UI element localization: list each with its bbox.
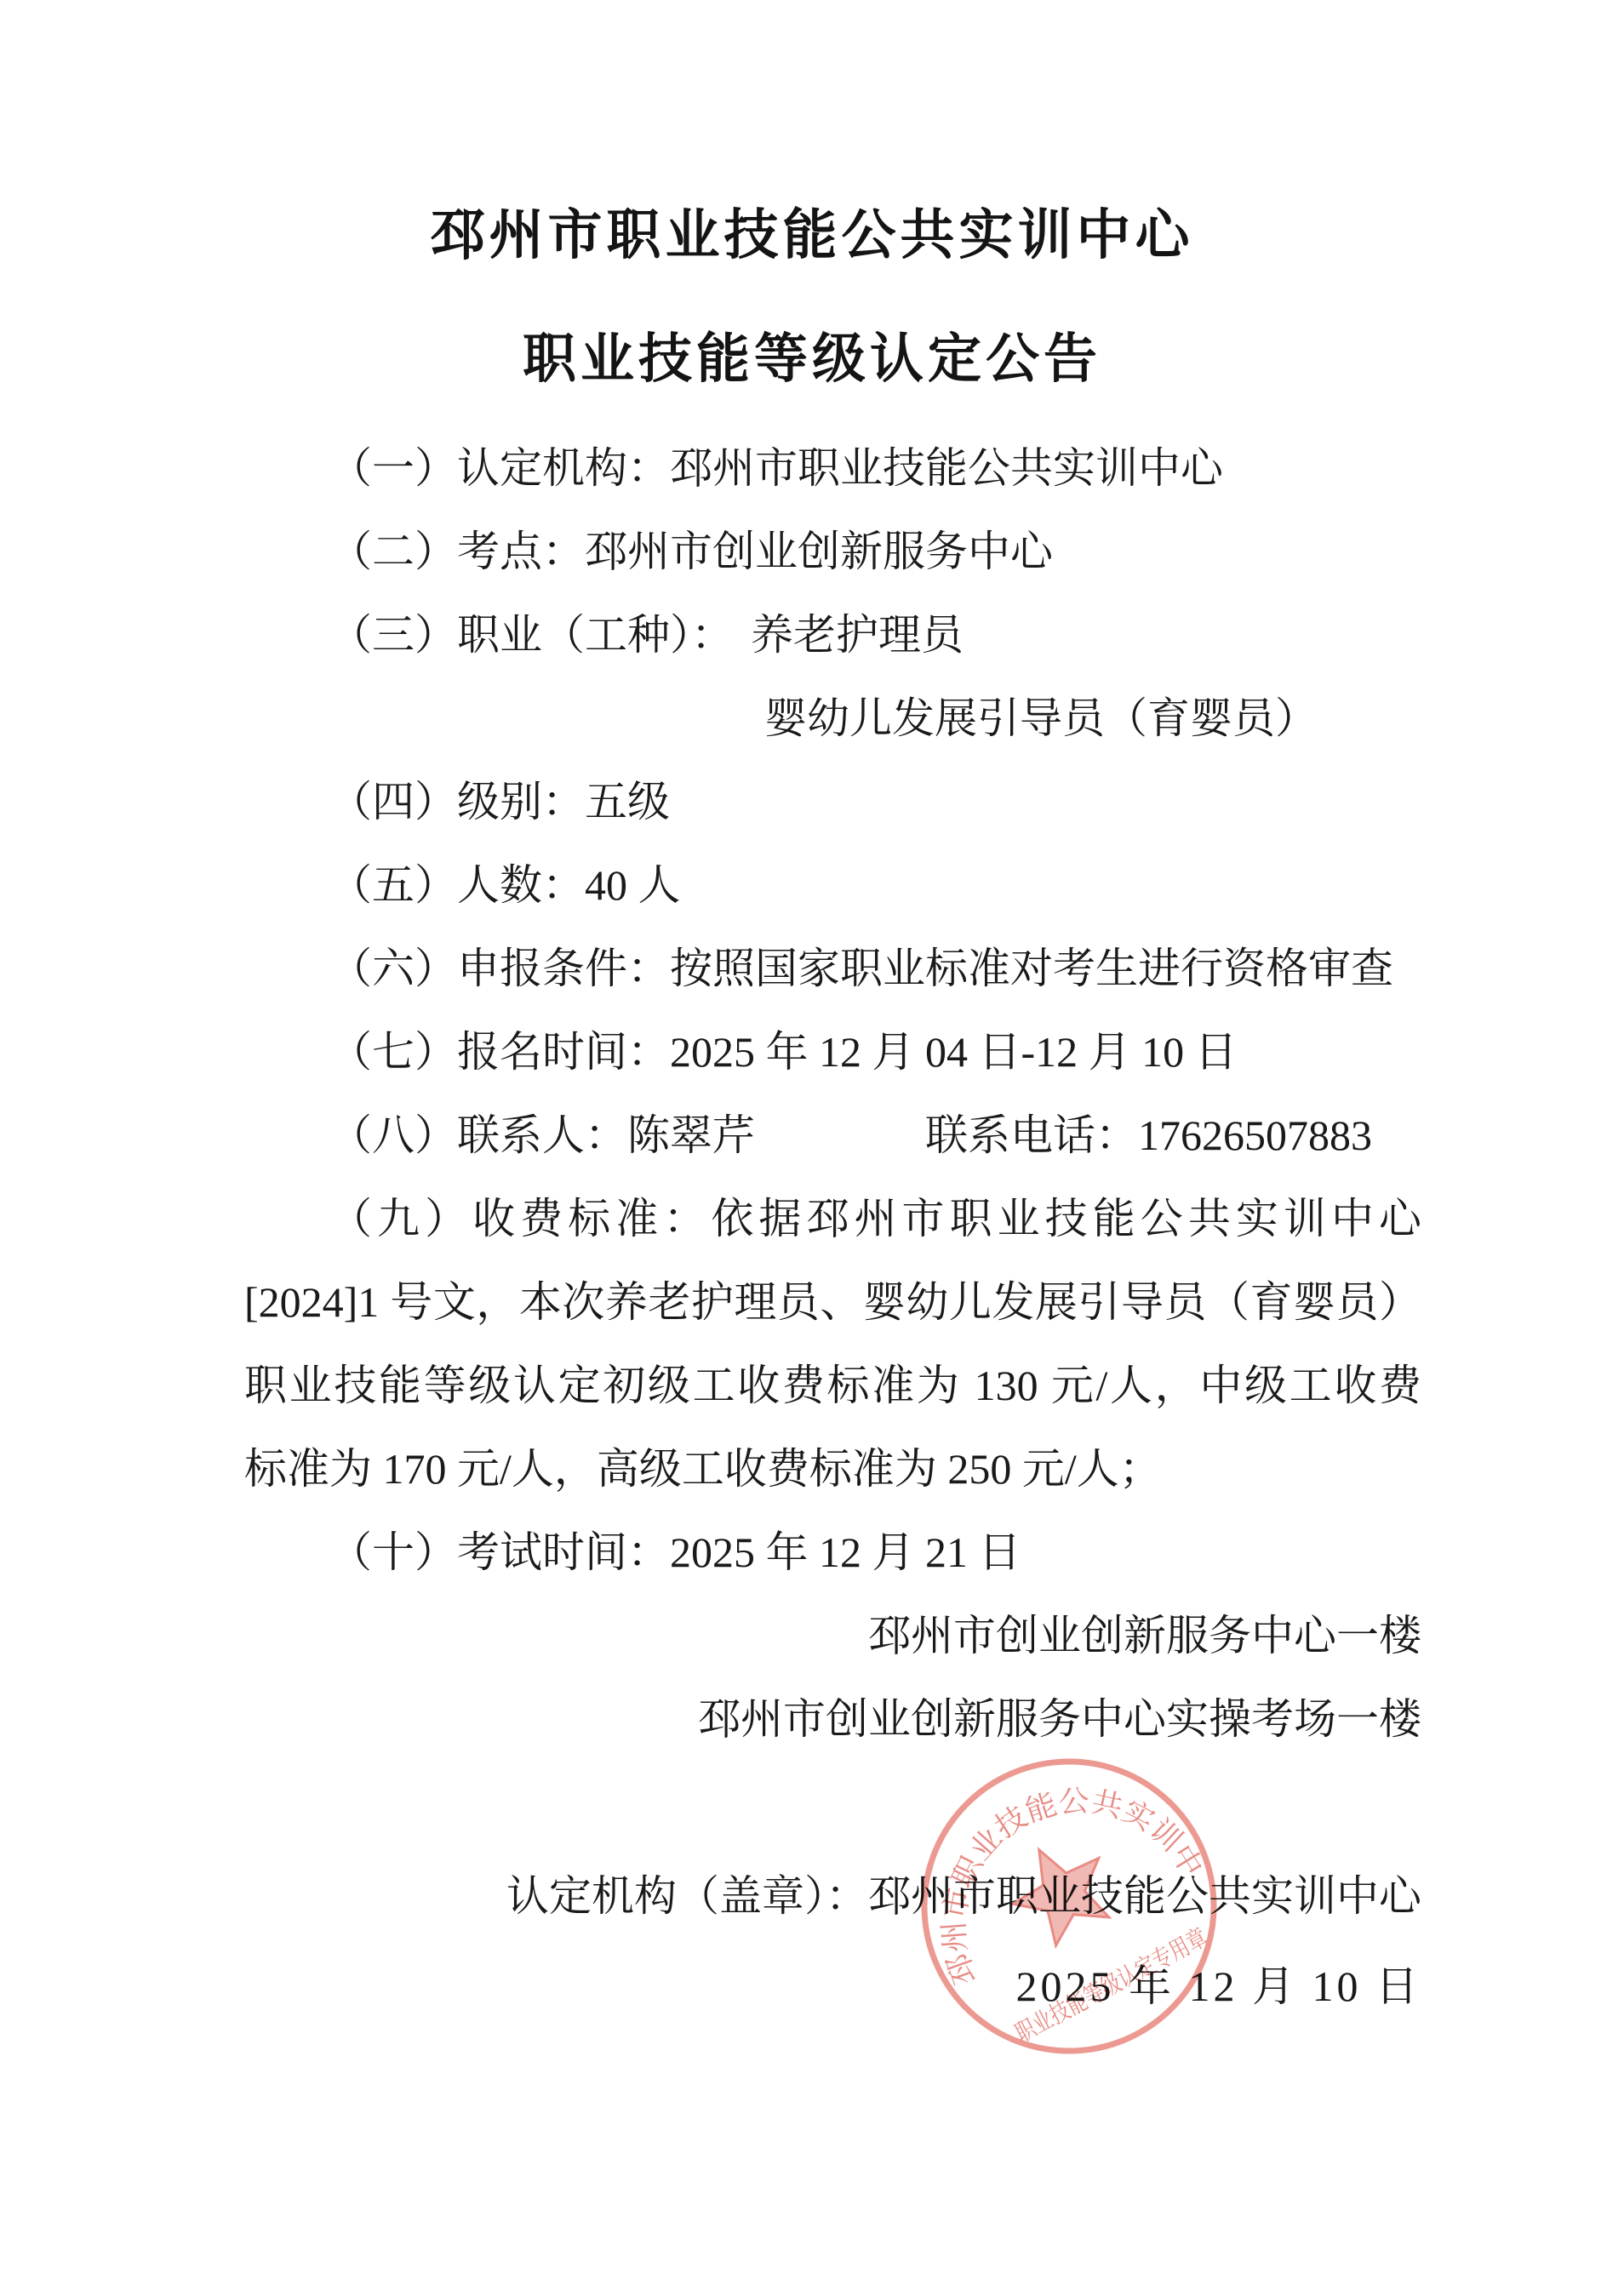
item-3-job-2: 婴幼儿发展引导员（育婴员）	[244, 677, 1421, 760]
exam-venue-2: 邳州市创业创新服务中心实操考场一楼	[244, 1677, 1421, 1761]
item-2-exam-site: （二）考点：邳州市创业创新服务中心	[244, 510, 1421, 593]
signature-line: 认定机构（盖章）：邳州市职业技能公共实训中心	[244, 1854, 1421, 1938]
item-9-fees-line-1: （九）收费标准：依据邳州市职业技能公共实训中心	[244, 1177, 1421, 1260]
contact-person: （八）联系人：陈翠芹	[329, 1111, 755, 1159]
exam-venue-1: 邳州市创业创新服务中心一楼	[244, 1594, 1421, 1677]
contact-phone: 联系电话：17626507883	[925, 1111, 1372, 1159]
item-10-exam-time: （十）考试时间：2025 年 12 月 21 日	[244, 1511, 1421, 1594]
item-9-fees-line-2: [2024]1 号文，本次养老护理员、婴幼儿发展引导员（育婴员）	[244, 1260, 1421, 1344]
item-3-label: （三）职业（工种）：	[329, 611, 734, 659]
document-page: 邳州市职业技能公共实训中心 职业技能等级认定公告 （一）认定机构：邳州市职业技能…	[0, 0, 1624, 2296]
item-7-registration-time: （七）报名时间：2025 年 12 月 04 日-12 月 10 日	[244, 1010, 1421, 1094]
item-5-headcount: （五）人数：40 人	[244, 843, 1421, 927]
item-3-job-1: 养老护理员	[751, 611, 964, 659]
spacer-line	[244, 1761, 1421, 1844]
item-4-level: （四）级别：五级	[244, 760, 1421, 843]
item-9-fees-line-3: 职业技能等级认定初级工收费标准为 130 元/人，中级工收费	[244, 1344, 1421, 1427]
page-title: 邳州市职业技能公共实训中心	[0, 194, 1624, 277]
item-1-certifying-org: （一）认定机构：邳州市职业技能公共实训中心	[244, 426, 1421, 510]
item-6-application-requirements: （六）申报条件：按照国家职业标准对考生进行资格审查	[244, 927, 1421, 1010]
item-3-occupation: （三）职业（工种）：养老护理员	[244, 593, 1421, 677]
document-body: （一）认定机构：邳州市职业技能公共实训中心 （二）考点：邳州市创业创新服务中心 …	[244, 426, 1421, 2028]
item-9-fees-line-4: 标准为 170 元/人，高级工收费标准为 250 元/人；	[244, 1427, 1421, 1511]
date-line: 2025 年 12 月 10 日	[244, 1945, 1421, 2028]
item-8-contact: （八）联系人：陈翠芹联系电话：17626507883	[244, 1094, 1421, 1177]
page-subtitle: 职业技能等级认定公告	[0, 318, 1624, 401]
